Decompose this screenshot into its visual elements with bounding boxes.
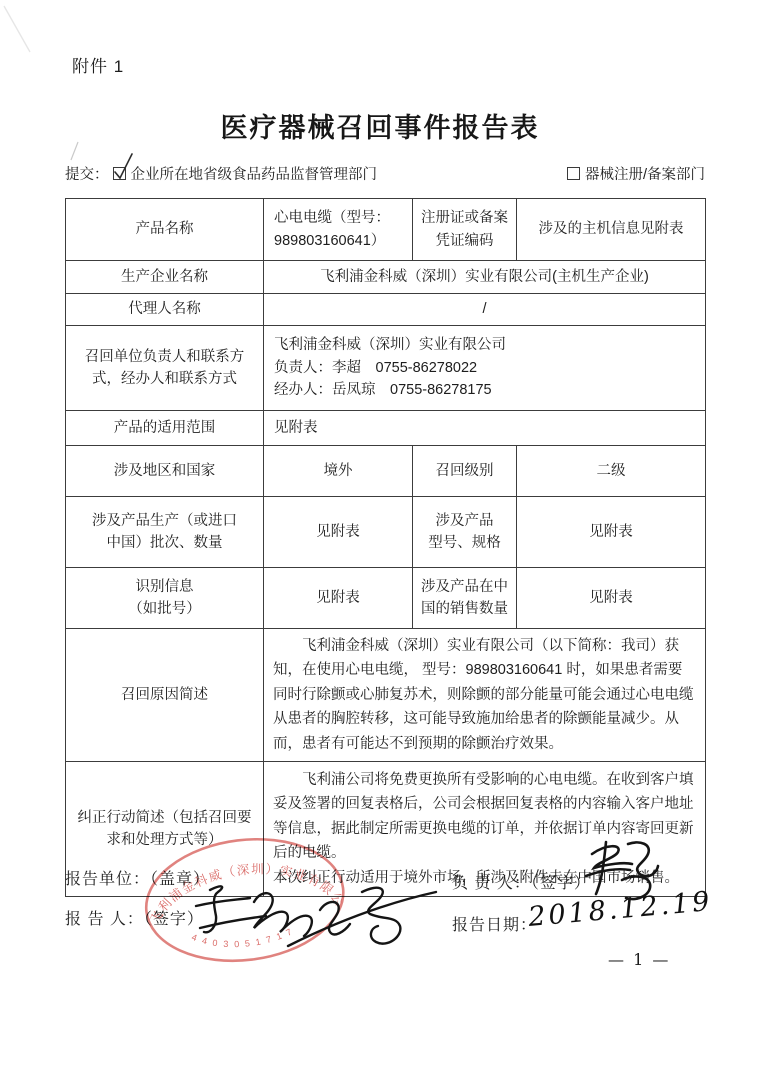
cell-recall-level-value: 二级 — [517, 446, 706, 497]
cell-regions-value: 境外 — [264, 446, 413, 497]
cell-label-scope: 产品的适用范围 — [66, 411, 264, 446]
submit-option-registration: 器械注册/备案部门 — [585, 163, 705, 184]
cell-label-china-sales: 涉及产品在中 国的销售数量 — [413, 568, 517, 629]
cell-scope-value: 见附表 — [264, 411, 706, 446]
cell-label-recall-contact: 召回单位负责人和联系方 式，经办人和联系方式 — [66, 326, 264, 411]
report-date-label: 报告日期： — [452, 912, 537, 935]
cell-label-registration-code: 注册证或备案 凭证编码 — [413, 199, 517, 261]
table-row-recall-contact: 召回单位负责人和联系方 式，经办人和联系方式 飞利浦金科威（深圳）实业有限公司 … — [66, 326, 706, 411]
table-row-identification: 识别信息 （如批号） 见附表 涉及产品在中 国的销售数量 见附表 — [66, 568, 706, 629]
scan-artifact-slash — [68, 140, 82, 162]
table-row-product-name: 产品名称 心电电缆（型号： 989803160641） 注册证或备案 凭证编码 … — [66, 199, 706, 261]
submit-option-provincial: 企业所在地省级食品药品监督管理部门 — [131, 163, 378, 184]
scanned-recall-report-page: 附件 1 医疗器械召回事件报告表 提交： 企业所在地省级食品药品监督管理部门 器… — [0, 0, 760, 1068]
page-number: — 1 — — [608, 950, 670, 969]
cell-manufacturer-value: 飞利浦金科威（深圳）实业有限公司(主机生产企业) — [264, 261, 706, 294]
cell-label-product-name: 产品名称 — [66, 199, 264, 261]
cell-label-manufacturer: 生产企业名称 — [66, 261, 264, 294]
cell-label-regions: 涉及地区和国家 — [66, 446, 264, 497]
cell-batches-value: 见附表 — [264, 497, 413, 568]
cell-registration-code-value: 涉及的主机信息见附表 — [517, 199, 706, 261]
checkbox-provincial-dept-checked — [113, 167, 126, 180]
cell-china-sales-value: 见附表 — [517, 568, 706, 629]
table-row-batches: 涉及产品生产（或进口 中国）批次、数量 见附表 涉及产品 型号、规格 见附表 — [66, 497, 706, 568]
reporter-signature-image — [192, 876, 444, 972]
submit-label: 提交： — [65, 163, 109, 184]
checkmark-icon — [111, 151, 137, 181]
cell-product-name-value: 心电电缆（型号： 989803160641） — [264, 199, 413, 261]
cell-label-identification: 识别信息 （如批号） — [66, 568, 264, 629]
checkbox-registration-dept-unchecked — [567, 167, 580, 180]
attachment-label: 附件 1 — [72, 52, 124, 77]
cell-label-models: 涉及产品 型号、规格 — [413, 497, 517, 568]
cell-label-recall-reason: 召回原因简述 — [66, 629, 264, 762]
table-row-regions: 涉及地区和国家 境外 召回级别 二级 — [66, 446, 706, 497]
responsible-signature-image — [578, 836, 666, 908]
table-row-scope: 产品的适用范围 见附表 — [66, 411, 706, 446]
submit-line: 提交： 企业所在地省级食品药品监督管理部门 器械注册/备案部门 — [65, 163, 705, 184]
cell-label-recall-level: 召回级别 — [413, 446, 517, 497]
table-row-manufacturer: 生产企业名称 飞利浦金科威（深圳）实业有限公司(主机生产企业) — [66, 261, 706, 294]
cell-recall-reason-value: 飞利浦金科威（深圳）实业有限公司（以下简称：我司）获知，在使用心电电缆， 型号：… — [264, 629, 706, 762]
table-row-agent: 代理人名称 / — [66, 294, 706, 326]
cell-models-value: 见附表 — [517, 497, 706, 568]
cell-label-agent: 代理人名称 — [66, 294, 264, 326]
recall-report-table: 产品名称 心电电缆（型号： 989803160641） 注册证或备案 凭证编码 … — [65, 198, 706, 897]
table-row-recall-reason: 召回原因简述 飞利浦金科威（深圳）实业有限公司（以下简称：我司）获知，在使用心电… — [66, 629, 706, 762]
cell-recall-contact-value: 飞利浦金科威（深圳）实业有限公司 负责人：李超 0755-86278022 经办… — [264, 326, 706, 411]
page-title: 医疗器械召回事件报告表 — [0, 106, 760, 145]
responsible-person-label: 负 责 人：（签字） — [452, 870, 591, 893]
scan-artifact-mark — [0, 0, 40, 60]
cell-identification-value: 见附表 — [264, 568, 413, 629]
cell-agent-value: / — [264, 294, 706, 326]
cell-label-batches: 涉及产品生产（或进口 中国）批次、数量 — [66, 497, 264, 568]
